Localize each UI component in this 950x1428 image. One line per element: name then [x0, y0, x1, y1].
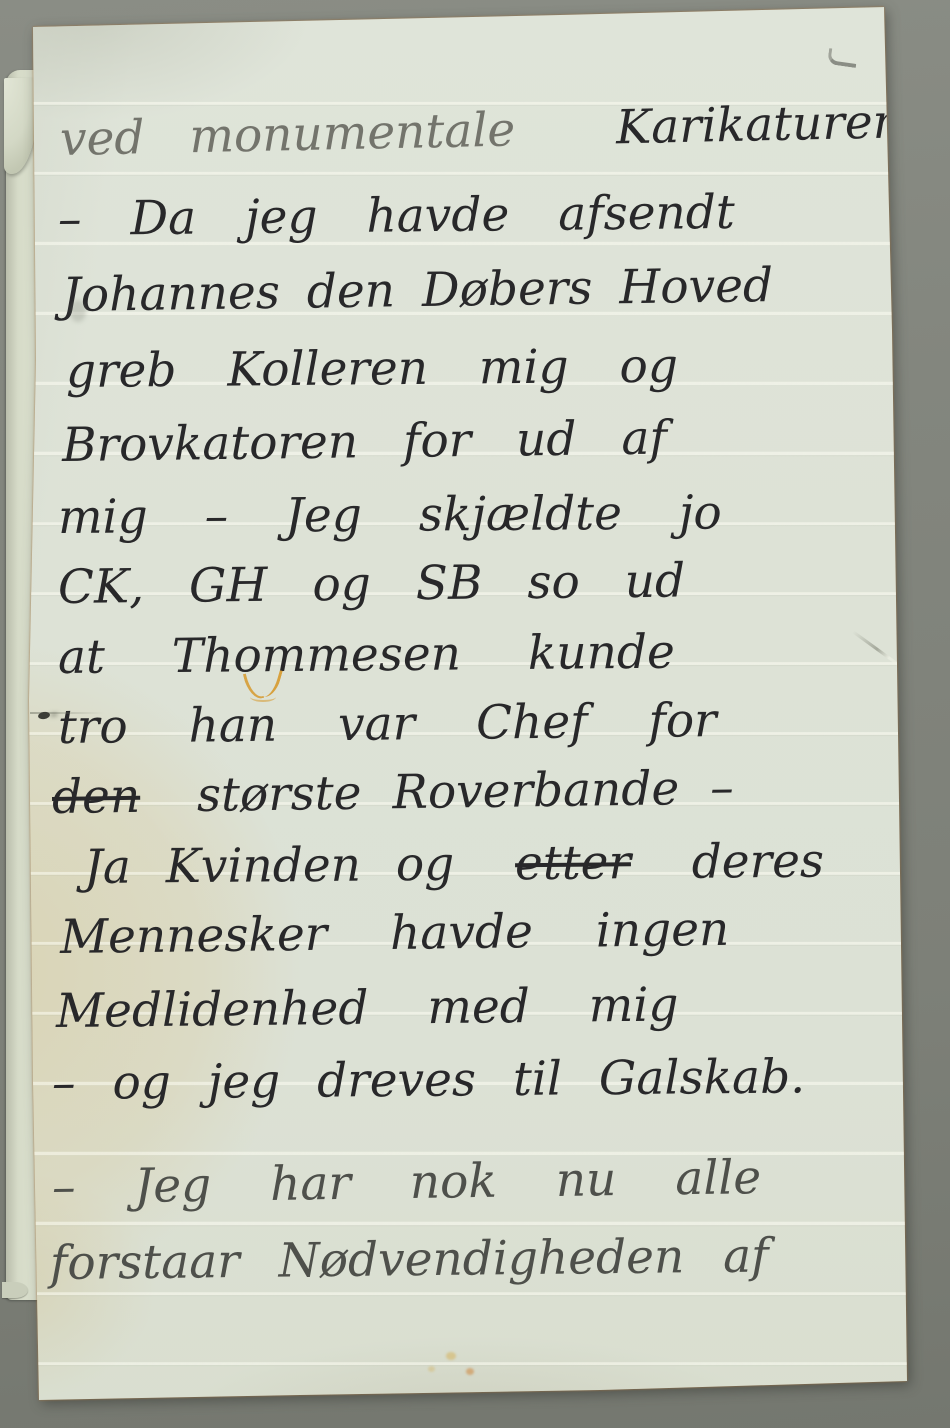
handwritten-line: Medlidenhed med mig [56, 981, 679, 1035]
handwritten-line: greb Kolleren mig og [66, 343, 678, 395]
handwritten-line: mig – Jeg skjældte jo [58, 489, 722, 541]
manuscript-page: ved monumentale Karikaturer – Da jeg hav… [0, 0, 950, 1428]
ink-text: Medlidenhed med mig [56, 977, 679, 1039]
paper-wrap: ved monumentale Karikaturer – Da jeg hav… [0, 0, 950, 1428]
ink-text: – Da jeg havde afsendt [58, 185, 735, 247]
handwritten-line: tro han var Chef for [58, 697, 717, 751]
handwritten-line: – og jeg dreves til Galskab. [52, 1053, 805, 1107]
handwritten-line: den største Roverbande – [52, 764, 734, 821]
ink-text: CK, GH og SB so ud [58, 553, 686, 615]
handwritten-line: Johannes den Døbers Hoved [62, 262, 774, 319]
ink-text: tro han var Chef for [58, 693, 717, 755]
ink-text: at Thommesen kunde [58, 625, 675, 685]
pencil-grey-text: forstaar Nødvendigheden af [50, 1228, 769, 1291]
stain-speck [446, 1352, 456, 1360]
struck-through-text: etter [515, 835, 631, 891]
manuscript-photo: ved monumentale Karikaturer – Da jeg hav… [0, 0, 950, 1428]
handwritten-line: Ja Kvinden og etter deres [84, 838, 824, 891]
handwritten-line: CK, GH og SB so ud [58, 557, 686, 611]
stain-speck [428, 1366, 435, 1372]
pencil-tick-mark [827, 48, 858, 68]
handwritten-line: Mennesker havde ingen [60, 906, 730, 961]
ink-text: greb Kolleren mig og [66, 339, 678, 399]
ink-text: – og jeg dreves til Galskab. [52, 1049, 806, 1111]
ink-text: mig – Jeg skjældte jo [58, 485, 722, 545]
struck-through-text: den [52, 769, 141, 825]
orange-scribble-mark [244, 668, 284, 702]
ink-text: deres [691, 834, 824, 890]
ink-text: Karikaturer [615, 95, 895, 156]
handwritten-line: ved monumentale Karikaturer [60, 99, 896, 163]
handwritten-line: Brovkatoren for ud af [62, 415, 667, 469]
handwritten-line: at Thommesen kunde [58, 629, 675, 681]
ink-text: Ja Kvinden og [84, 837, 455, 895]
pencil-text: ved monumentale [59, 102, 515, 167]
pencil-grey-text: – Jeg har nok nu alle [52, 1150, 762, 1215]
handwritten-line: – Jeg har nok nu alle [52, 1154, 762, 1211]
handwritten-line: forstaar Nødvendigheden af [50, 1232, 769, 1287]
ink-text: Mennesker havde ingen [60, 902, 730, 965]
handwritten-line: – Da jeg havde afsendt [58, 189, 735, 243]
ink-text: Johannes den Døbers Hoved [62, 258, 774, 323]
ink-spot [37, 711, 50, 720]
ink-text: største Roverbande – [197, 760, 734, 822]
ink-smudge [70, 300, 86, 322]
stain-speck [466, 1368, 474, 1375]
paper-crease [852, 631, 914, 677]
ink-text: Brovkatoren for ud af [62, 411, 667, 473]
